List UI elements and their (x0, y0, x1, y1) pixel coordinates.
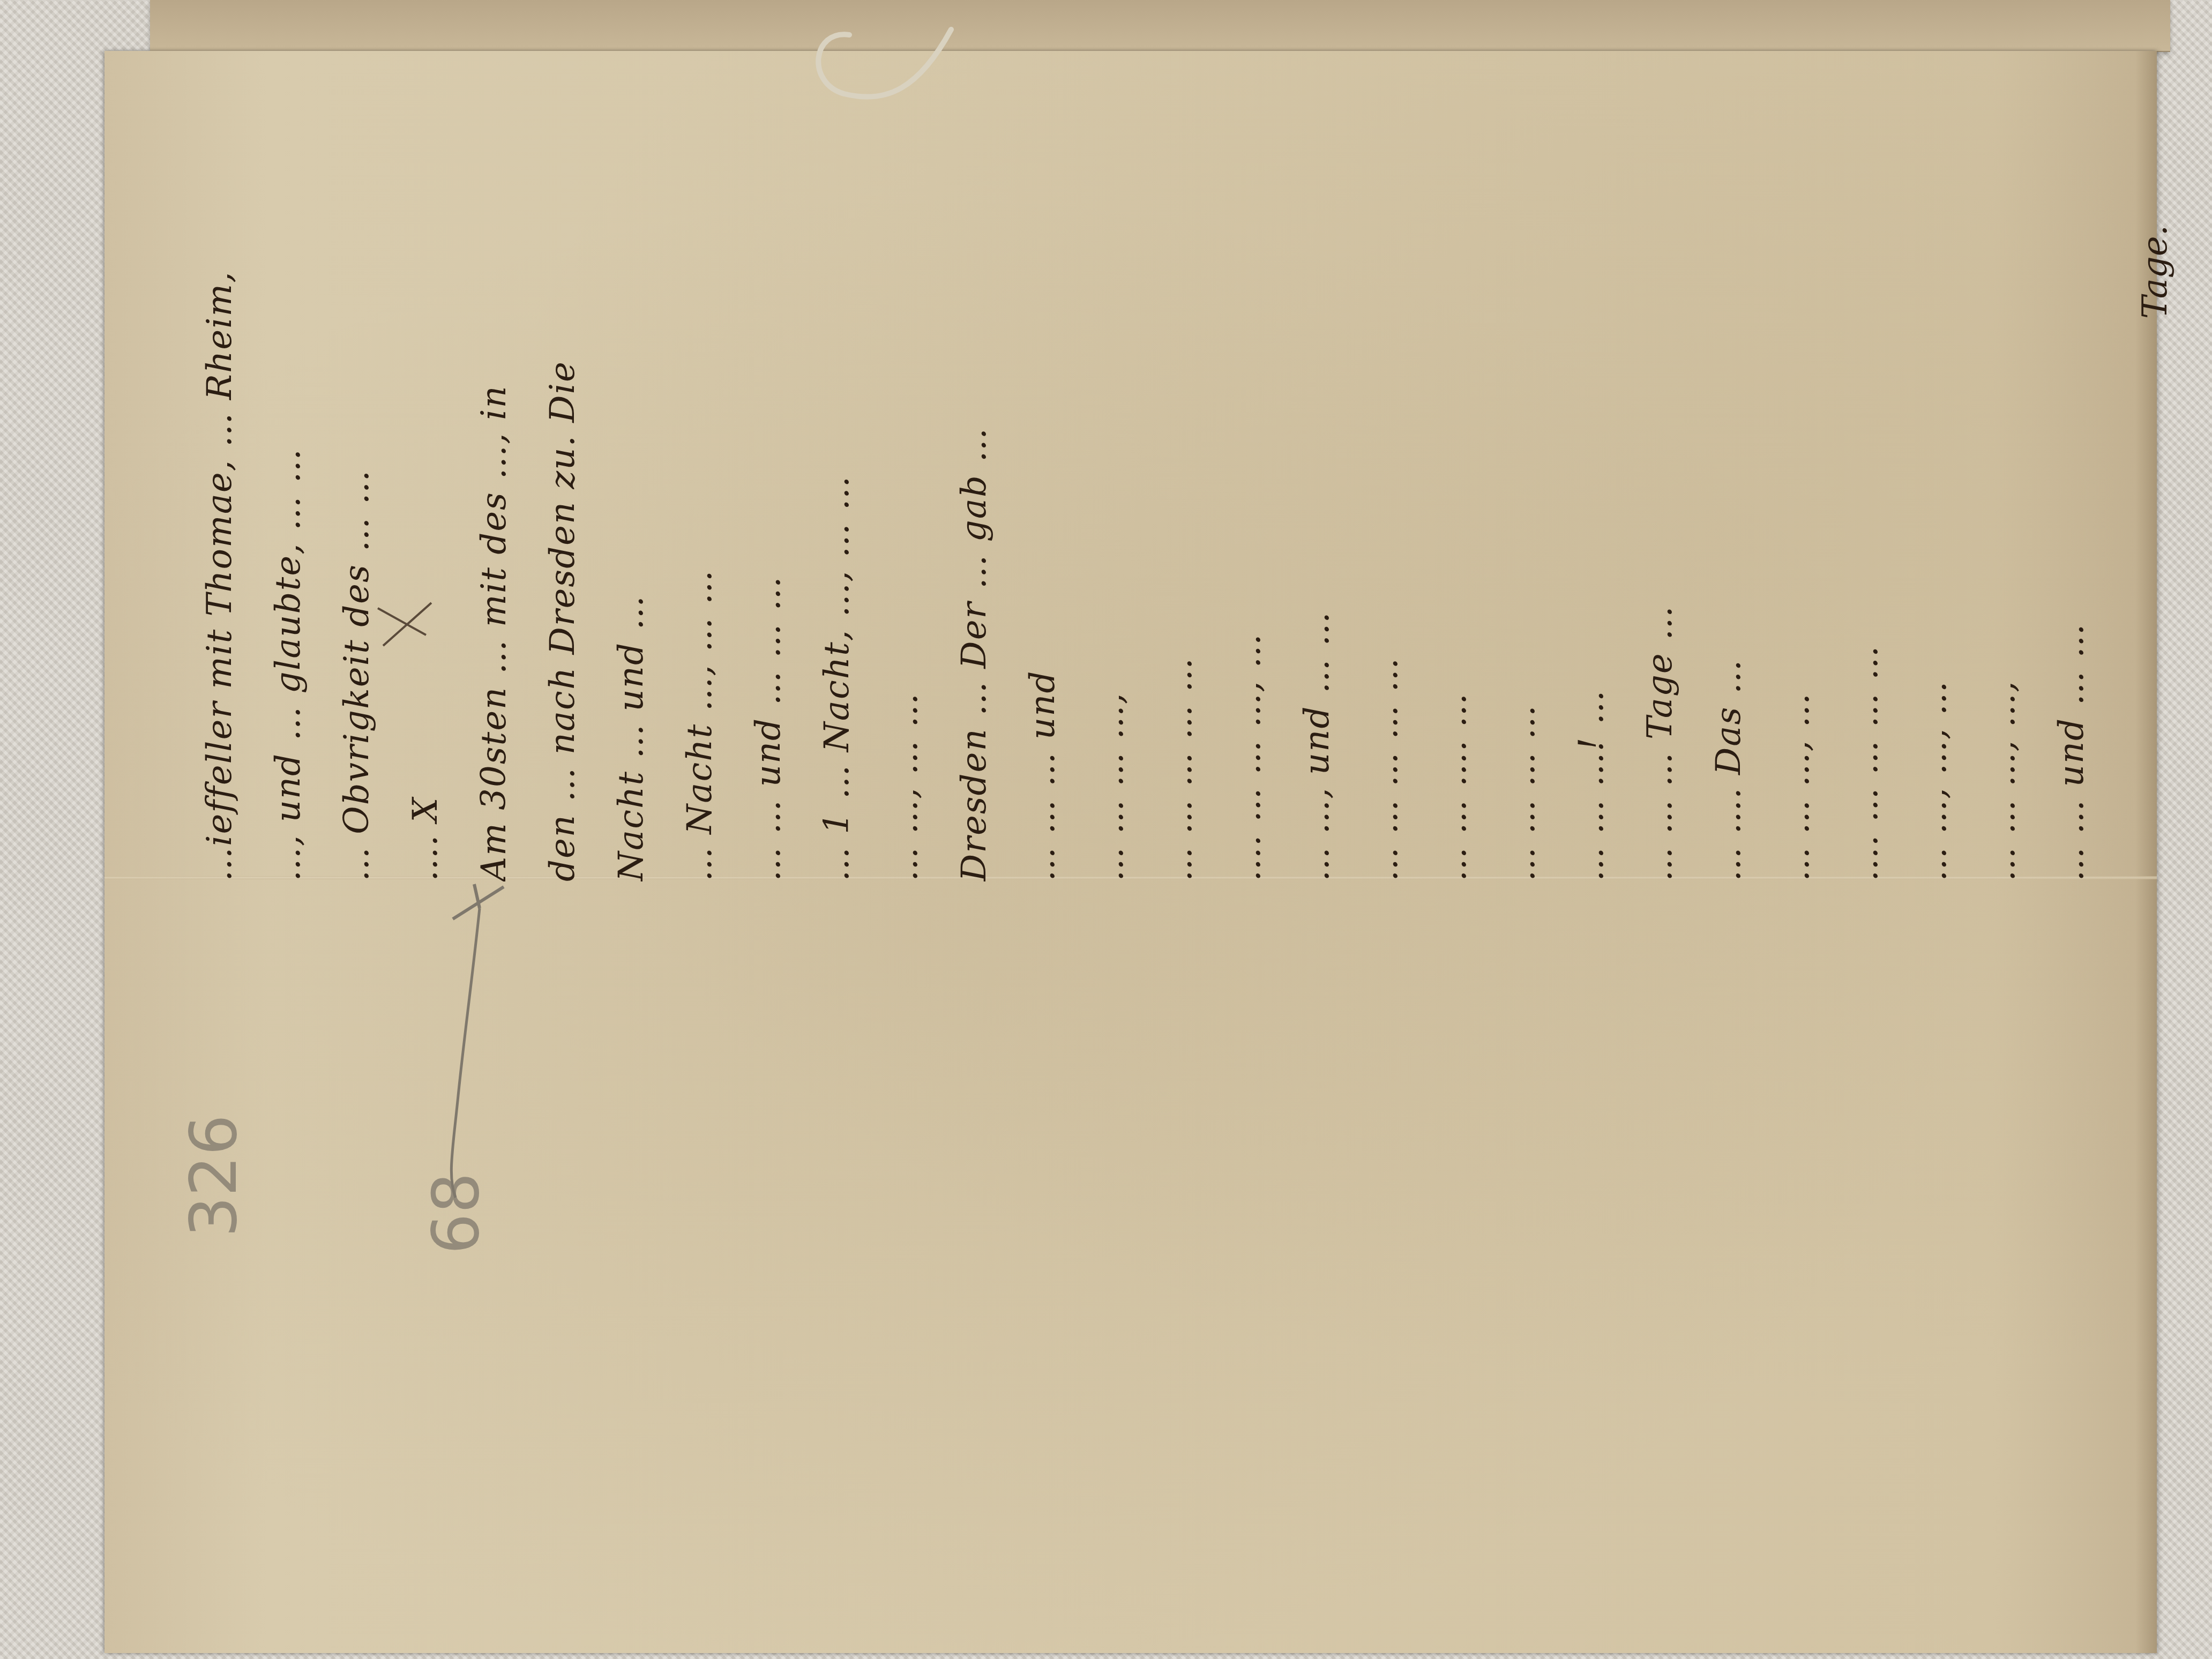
manuscript-page: …ieffeller mit Thomae, … Rheim,…, und … … (104, 51, 2157, 1653)
binding-thread-icon (104, 51, 2157, 1653)
underlying-page (150, 0, 2170, 52)
